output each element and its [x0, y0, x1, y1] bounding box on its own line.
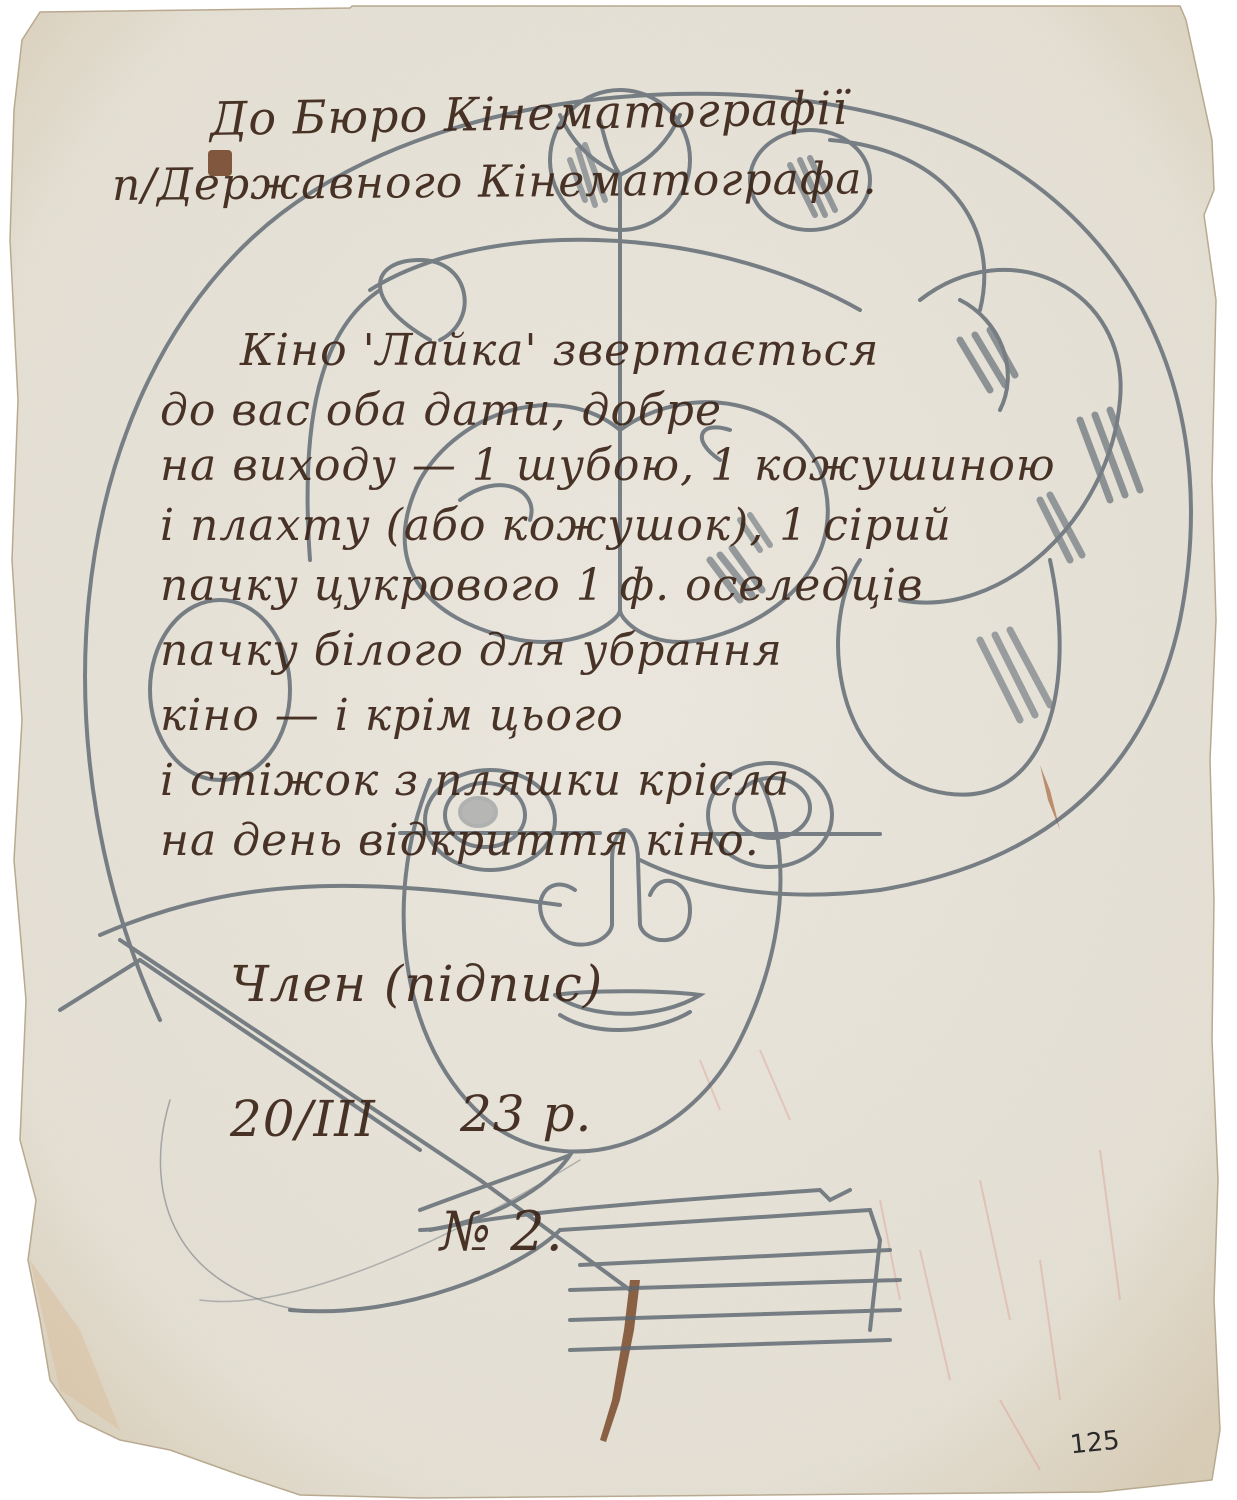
body-line-3: на виходу — 1 шубою, 1 кожушиною: [160, 440, 1056, 491]
manuscript-page: До Бюро Кінематографії п/Державного Кіне…: [0, 0, 1237, 1500]
signature: Член (підпис): [230, 955, 603, 1013]
folio-number: 125: [1069, 1425, 1122, 1460]
body-line-2: до вас оба дати, добре: [160, 385, 722, 436]
document-number: № 2.: [440, 1200, 564, 1263]
body-line-5: пачку цукрового 1 ф. оселедців: [160, 560, 924, 611]
date-year: 23 р.: [460, 1085, 592, 1143]
header-line-1: До Бюро Кінематографії: [210, 81, 849, 146]
paper-sheet: [0, 0, 1237, 1500]
body-line-1: Кіно 'Лайка' звертається: [240, 325, 879, 376]
date-day-month: 20/ІІІ: [230, 1090, 376, 1148]
body-line-8: і стіжок з пляшки крісла: [160, 755, 790, 806]
body-line-9: на день відкриття кіно.: [160, 815, 760, 866]
body-line-6: пачку білого для убрання: [160, 625, 783, 676]
body-line-7: кіно — і крім цього: [160, 690, 624, 741]
body-line-4: і плахту (або кожушок), 1 сірий: [160, 500, 952, 551]
header-line-2: п/Державного Кінематографа.: [112, 153, 878, 211]
